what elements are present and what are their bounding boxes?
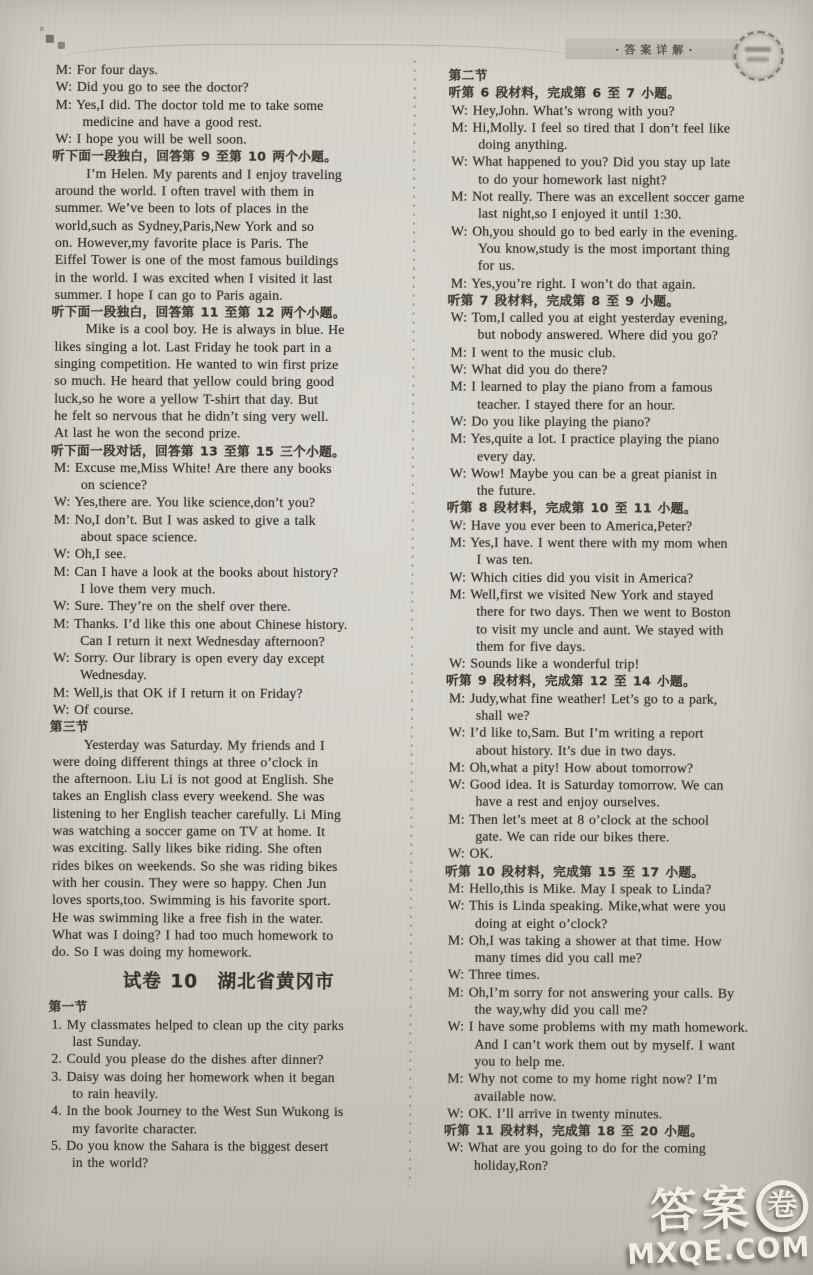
text-line: so much. He heard that yellow could brin…: [54, 372, 408, 391]
text-line: you to help me.: [447, 1052, 801, 1071]
text-line: W: OK. I’ll arrive in twenty minutes.: [447, 1104, 801, 1123]
text-line: was watching a soccer game on TV at home…: [52, 822, 406, 841]
text-line: M: Yes,I have. I went there with my mom …: [450, 534, 804, 553]
text-line: W: OK.: [448, 845, 802, 864]
text-line: M: Not really. There was an excellent so…: [451, 188, 805, 207]
text-line: medicine and have a good rest.: [55, 113, 409, 132]
text-line: W: I hope you will be well soon.: [55, 130, 409, 149]
text-line: available now.: [447, 1087, 801, 1106]
text-line: summer. We’ve been to lots of places in …: [55, 199, 409, 218]
text-line: M: Well,is that OK if I return it on Fri…: [53, 684, 407, 703]
watermark-brand-text: 答案: [649, 1184, 753, 1235]
text-line: 4. In the book Journey to the West Sun W…: [51, 1102, 405, 1121]
text-line: W: Sorry. Our library is open every day …: [53, 649, 407, 668]
text-line: 听第 7 段材料，完成第 8 至 9 小题。: [448, 291, 805, 310]
text-line: 听下面一段对话，回答第 13 至第 15 三个小题。: [51, 441, 408, 460]
text-line: with her cousin. They were so happy. Che…: [52, 874, 406, 893]
text-line: was exciting. Sally likes bike riding. S…: [52, 839, 406, 858]
text-line: M: No,I don’t. But I was asked to give a…: [54, 511, 408, 530]
text-line: in the world. I was excited when I visit…: [55, 268, 409, 287]
text-line: 第三节: [50, 718, 407, 737]
answers-header-bar: ·答案详解·: [566, 38, 742, 60]
answers-header-label: ·答案详解·: [610, 41, 697, 57]
text-line: W: Which cities did you visit in America…: [449, 568, 803, 587]
text-line: on science?: [54, 476, 408, 495]
text-line: have a rest and enjoy ourselves.: [448, 793, 802, 812]
left-column: M: For four days.W: Did you go to see th…: [51, 61, 410, 1173]
text-line: 听下面一段独白，回答第 9 至第 10 两个小题。: [52, 147, 409, 166]
text-line: I’m Helen. My parents and I enjoy travel…: [55, 165, 409, 184]
text-line: 听第 9 段材料，完成第 12 至 14 小题。: [446, 672, 803, 691]
text-line: W: Have you ever been to America,Peter?: [450, 516, 804, 535]
text-line: W: Sounds like a wonderful trip!: [449, 655, 803, 674]
text-line: world,such as Sydney,Paris,New York and …: [55, 216, 409, 235]
text-line: the way,why did you call me?: [448, 1001, 802, 1020]
text-line: M: Oh,I’m sorry for not answering your c…: [448, 983, 802, 1002]
text-line: to do your homework last night?: [451, 170, 805, 189]
text-line: many times did you call me?: [448, 949, 802, 968]
watermark-logo: 答案 卷 MXQE.COM: [624, 1179, 811, 1271]
text-line: M: Excuse me,Miss White! Are there any b…: [54, 459, 408, 478]
text-line: summer. I hope I can go to Paris again.: [55, 286, 409, 305]
text-line: Eiffel Tower is one of the most famous b…: [55, 251, 409, 270]
text-line: And I can’t work them out by myself. I w…: [447, 1035, 801, 1054]
text-line: teacher. I stayed there for an hour.: [450, 395, 804, 414]
text-line: W: Hey,John. What’s wrong with you?: [451, 101, 805, 120]
text-line: 5. Do you know the Sahara is the biggest…: [51, 1137, 405, 1156]
text-line: around the world. I often travel with th…: [55, 182, 409, 201]
text-line: 3. Daisy was doing her homework when it …: [51, 1067, 405, 1086]
text-line: 2. Could you please do the dishes after …: [51, 1050, 405, 1069]
text-line: M: Why not come to my home right now? I’…: [447, 1070, 801, 1089]
text-line: last night,so I enjoyed it until 1:30.: [451, 205, 805, 224]
text-line: takes an English class every weekend. Sh…: [52, 787, 406, 806]
print-mark: [40, 27, 44, 31]
text-line: W: Tom,I called you at eight yesterday e…: [451, 309, 805, 328]
text-line: last Sunday.: [51, 1033, 405, 1052]
text-line: W: Oh,I see.: [54, 545, 408, 564]
text-line: Wednesday.: [53, 666, 407, 685]
watermark-site-url: MXQE.COM: [626, 1231, 810, 1271]
right-column: 第二节听第 6 段材料，完成第 6 至 7 小题。W: Hey,John. Wh…: [447, 67, 806, 1176]
text-line: to visit my uncle and aunt. We stayed wi…: [449, 620, 803, 639]
text-line: 第二节: [449, 67, 806, 86]
text-line: M: Yes,quite a lot. I practice playing t…: [450, 430, 804, 449]
text-line: M: I learned to play the piano from a fa…: [450, 378, 804, 397]
text-line: but nobody answered. Where did you go?: [451, 326, 805, 345]
text-line: M: For four days.: [56, 61, 410, 80]
text-line: 1. My classmates helped to clean up the …: [51, 1016, 405, 1035]
text-line: doing anything.: [451, 136, 805, 155]
text-line: W: I’d like to,Sam. But I’m writing a re…: [449, 724, 803, 743]
text-line: on. However,my favorite place is Paris. …: [55, 234, 409, 253]
text-line: for us.: [451, 257, 805, 276]
text-line: M: Hi,Molly. I feel so tired that I don’…: [451, 118, 805, 137]
text-line: about space science.: [54, 528, 408, 547]
text-line: W: Of course.: [53, 701, 407, 720]
text-line: listening to her English teacher careful…: [52, 805, 406, 824]
text-line: rides bikes on weekends. So she was ridi…: [52, 856, 406, 875]
text-line: 听下面一段独白，回答第 11 至第 12 两个小题。: [52, 303, 409, 322]
text-line: the future.: [450, 482, 804, 501]
text-line: were doing different things at three o’c…: [53, 753, 407, 772]
text-line: 听第 8 段材料，完成第 10 至 11 小题。: [447, 499, 804, 518]
paper-title: 试卷 10 湖北省黄冈市: [52, 965, 406, 998]
text-line: W: I have some problems with my math hom…: [447, 1018, 801, 1037]
text-line: Mike is a cool boy. He is always in blue…: [55, 320, 409, 339]
text-line: W: Yes,there are. You like science,don’t…: [54, 493, 408, 512]
text-line: gate. We can ride our bikes there.: [448, 828, 802, 847]
text-line: W: What did you do there?: [450, 361, 804, 380]
text-line: do. So I was doing my homework.: [52, 943, 406, 962]
text-line: W: Wow! Maybe you can be a great pianist…: [450, 464, 804, 483]
text-line: 听第 6 段材料，完成第 6 至 7 小题。: [449, 84, 806, 103]
text-line: I love them very much.: [53, 580, 407, 599]
page-curve-shadow: [60, 43, 580, 62]
text-line: I was ten.: [450, 551, 804, 570]
text-line: W: What happened to you? Did you stay up…: [451, 153, 805, 172]
text-line: At last he won the second prize.: [54, 424, 408, 443]
text-line: M: Yes,you’re right. I won’t do that aga…: [451, 274, 805, 293]
text-line: M: Oh,what a pity! How about tomorrow?: [449, 758, 803, 777]
text-line: 听第 10 段材料，完成第 15 至 17 小题。: [445, 862, 802, 881]
text-line: W: Good idea. It is Saturday tomorrow. W…: [449, 776, 803, 795]
text-line: to rain heavily.: [51, 1085, 405, 1104]
text-line: M: Well,first we visited New York and st…: [449, 585, 803, 604]
text-line: about history. It’s due in two days.: [449, 741, 803, 760]
text-line: He was swimming like a free fish in the …: [52, 908, 406, 927]
text-line: M: Oh,I was taking a shower at that time…: [448, 931, 802, 950]
text-line: W: Oh,you should go to bed early in the …: [451, 222, 805, 241]
page-content: ·答案详解· M: For four days.W: Did you go to…: [0, 0, 813, 2]
book-page: ·答案详解· M: For four days.W: Did you go to…: [0, 0, 813, 1275]
text-line: doing at eight o’clock?: [448, 914, 802, 933]
text-line: loves sports,too. Swimming is his favori…: [52, 891, 406, 910]
text-line: in the world?: [51, 1154, 405, 1173]
text-line: holiday,Ron?: [447, 1156, 801, 1175]
text-line: M: I went to the music club.: [450, 343, 804, 362]
text-line: them for five days.: [449, 637, 803, 656]
text-line: 第一节: [49, 998, 406, 1017]
text-line: there for two days. Then we went to Bost…: [449, 603, 803, 622]
text-line: he felt so nervous that he didn’t sing v…: [54, 407, 408, 426]
text-line: 听第 11 段材料，完成第 18 至 20 小题。: [444, 1122, 801, 1141]
text-line: Can I return it next Wednesday afternoon…: [53, 632, 407, 651]
text-line: M: Judy,what fine weather! Let’s go to a…: [449, 689, 803, 708]
text-line: M: Then let’s meet at 8 o’clock at the s…: [448, 810, 802, 829]
print-mark: [58, 42, 65, 49]
text-line: W: Three times.: [448, 966, 802, 985]
watermark-circle-icon: 卷: [755, 1179, 809, 1233]
text-line: M: Hello,this is Mike. May I speak to Li…: [448, 879, 802, 898]
text-line: shall we?: [449, 707, 803, 726]
text-line: Yesterday was Saturday. My friends and I: [53, 735, 407, 754]
text-line: W: Did you go to see the doctor?: [56, 78, 410, 97]
text-line: M: Thanks. I’d like this one about Chine…: [53, 614, 407, 633]
text-line: the afternoon. Liu Li is not good at Eng…: [53, 770, 407, 789]
text-line: M: Yes,I did. The doctor told me to take…: [56, 95, 410, 114]
print-mark: [46, 35, 54, 43]
text-line: W: Sure. They’re on the shelf over there…: [53, 597, 407, 616]
text-line: W: Do you like playing the piano?: [450, 412, 804, 431]
text-line: luck,so he wore a yellow T-shirt that da…: [54, 389, 408, 408]
text-line: M: Can I have a look at the books about …: [53, 562, 407, 581]
text-line: W: This is Linda speaking. Mike,what wer…: [448, 897, 802, 916]
text-line: every day.: [450, 447, 804, 466]
text-line: my favorite character.: [51, 1119, 405, 1138]
text-line: singing competition. He wanted to win fi…: [54, 355, 408, 374]
text-line: You know,study is the most important thi…: [451, 240, 805, 259]
text-line: likes singing a lot. Last Friday he took…: [54, 338, 408, 357]
text-line: What was I doing? I had too much homewor…: [52, 926, 406, 945]
text-line: W: What are you going to do for the comi…: [447, 1139, 801, 1158]
column-divider: [409, 60, 416, 1186]
